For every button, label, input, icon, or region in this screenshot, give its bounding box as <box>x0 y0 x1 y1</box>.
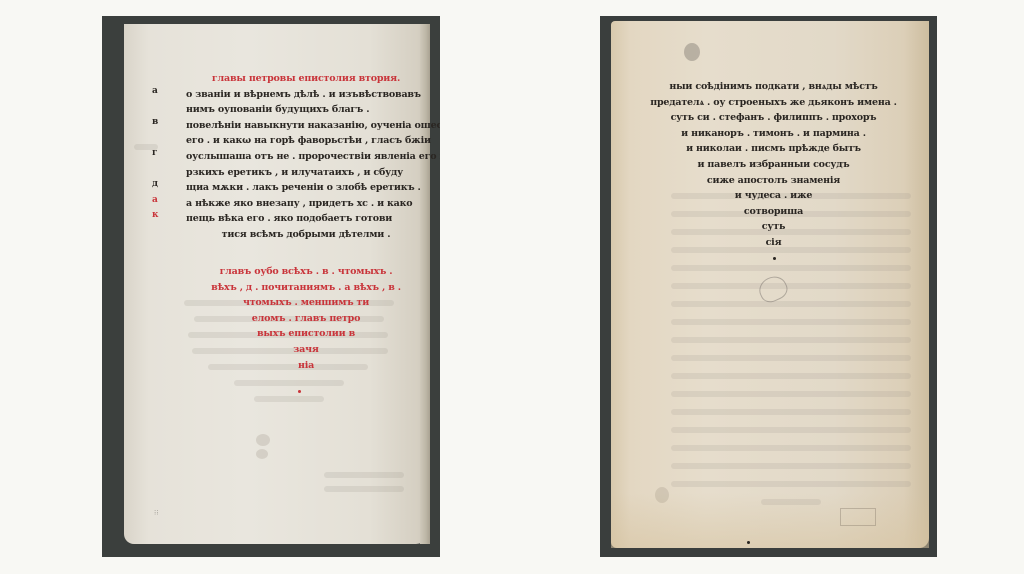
left-text-block: главы петровы епистолия втория. о званіи… <box>186 71 426 243</box>
end-mark-dot <box>298 390 301 393</box>
margin-letter: в <box>152 117 158 127</box>
margin-letter: г <box>152 148 158 158</box>
chapter-heading: главы петровы епистолия втория. <box>186 71 426 87</box>
show-through-line <box>254 396 324 402</box>
text-line: рзкихъ еретикъ , и илучатаихъ , и сбуду <box>186 165 426 181</box>
red-text-line: выхъ епистолии в <box>186 326 426 342</box>
red-text-line: ніа <box>186 358 426 374</box>
text-line: сиже апостолъ знаменія <box>631 173 916 189</box>
red-text-line: вѣхъ , д . почитаниямъ . а вѣхъ , в . <box>186 280 426 296</box>
text-line: сотвориша <box>631 204 916 220</box>
text-line: ныи соѣдінимъ подкати , внѧды мѣстъ <box>631 79 916 95</box>
show-through-line <box>671 463 911 469</box>
show-through-line <box>671 481 911 487</box>
text-line: сія <box>631 235 916 251</box>
text-line: нимъ оупованіи будущихъ благъ . <box>186 102 426 118</box>
folio-mark: ⁝⁝ <box>154 509 158 517</box>
right-manuscript-photo: ныи соѣдінимъ подкати , внѧды мѣстъ пред… <box>600 16 937 557</box>
show-through-line <box>234 380 344 386</box>
show-through-line <box>671 301 911 307</box>
text-line: и николаи . писмъ прѣжде бытъ <box>631 141 916 157</box>
show-through-line <box>671 319 911 325</box>
catalog-mark <box>840 508 876 526</box>
text-line: и никаноръ . тимонъ . и пармина . <box>631 126 916 142</box>
show-through-line <box>671 265 911 271</box>
margin-letter: к <box>152 210 159 220</box>
show-through-line <box>671 355 911 361</box>
show-through-line <box>761 499 821 505</box>
show-through-line <box>671 283 911 289</box>
text-line: а нѣкже яко внезапу , придетъ хс . и как… <box>186 196 426 212</box>
red-text-line: главъ оубо всѣхъ . в . чтомыхъ . <box>186 264 426 280</box>
red-text-line: еломъ . главъ петро <box>186 311 426 327</box>
right-page: ныи соѣдінимъ подкати , внѧды мѣстъ пред… <box>611 21 929 548</box>
show-through-line <box>671 409 911 415</box>
text-line: тися всѣмъ добрыми дѣтелми . <box>186 227 426 243</box>
show-through-line <box>671 337 911 343</box>
show-through-line <box>671 427 911 433</box>
margin-letter: д <box>152 179 158 189</box>
red-text-line: чтомыхъ . меншимъ ти <box>186 295 426 311</box>
text-line: повелѣніи навыкнути наказанію, оученіа о… <box>186 118 426 134</box>
red-summary-block: главъ оубо всѣхъ . в . чтомыхъ . вѣхъ , … <box>186 264 426 373</box>
text-line: и павелъ избранныи сосудъ <box>631 157 916 173</box>
show-through-line <box>324 472 404 478</box>
margin-letter: а <box>152 86 158 96</box>
right-text-block: ныи соѣдінимъ подкати , внѧды мѣстъ пред… <box>631 79 916 251</box>
show-through-line <box>324 486 404 492</box>
text-line: суть <box>631 219 916 235</box>
stain <box>256 449 268 459</box>
text-line: пещь вѣка его . яко подобаетъ готови <box>186 211 426 227</box>
left-manuscript-photo: ⁝⁝ главы петровы епистолия втория. о зва… <box>102 16 440 557</box>
margin-letter: а <box>152 195 158 205</box>
text-line: его . и какω на горѣ фаворьстѣи , гласъ … <box>186 133 426 149</box>
end-mark-dot <box>773 257 776 260</box>
red-text-line: зачя <box>186 342 426 358</box>
text-line: щиа мѫки . лакъ реченіи о злобѣ еретикъ … <box>186 180 426 196</box>
show-through-line <box>671 391 911 397</box>
slide: ⁝⁝ главы петровы епистолия втория. о зва… <box>0 0 1024 574</box>
show-through-line <box>671 373 911 379</box>
text-line: суть си . стефанъ . филиппъ . прохоръ <box>631 110 916 126</box>
stain <box>655 487 669 503</box>
text-line: и чудеса . иже <box>631 188 916 204</box>
text-line: оуслышаша отъ не . пророчествіи явленіа … <box>186 149 426 165</box>
stain <box>684 43 700 61</box>
show-through-line <box>671 445 911 451</box>
ink-spot <box>747 541 750 544</box>
text-line: о званіи и вѣрнемъ дѣлѣ . и изъвѣствовав… <box>186 87 426 103</box>
left-page: ⁝⁝ главы петровы епистолия втория. о зва… <box>124 24 430 544</box>
text-line: предателѧ . оу строеныхъ же дьяконъ имен… <box>631 95 916 111</box>
stain <box>256 434 270 446</box>
